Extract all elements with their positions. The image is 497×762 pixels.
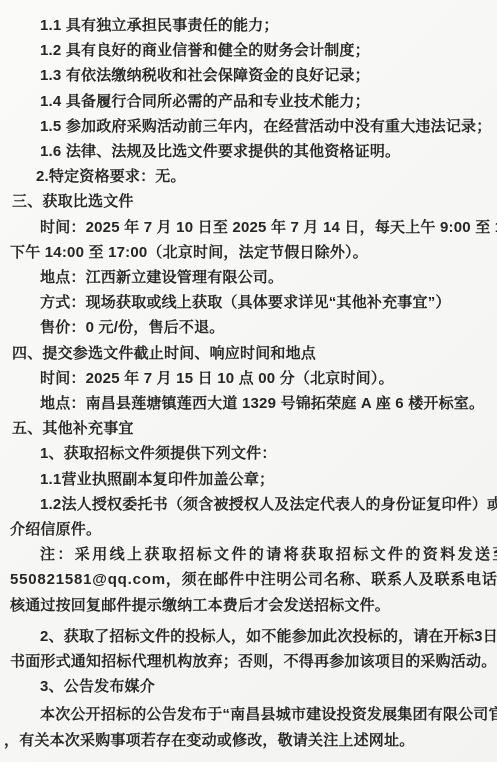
section-5-note-email-line: 550821581@qq.com，须在邮件中注明公司名称、联系人及联系电话,资料… — [10, 567, 487, 592]
section-5-note-line: 注：采用线上获取招标文件的请将获取招标文件的资料发送至 — [10, 542, 487, 567]
section-5-announcement-line: 本次公开招标的公告发布于“南昌县城市建设投资发展集团有限公司官网” — [10, 702, 487, 727]
section-5-item-1-2-cont: 介绍信原件。 — [10, 517, 487, 542]
section-3-heading: 三、获取比选文件 — [10, 189, 487, 214]
section-3-time-line: 时间：2025 年 7 月 10 日至 2025 年 7 月 14 日，每天上午… — [10, 215, 487, 240]
section-3-time-line-cont: 下午 14:00 至 17:00（北京时间，法定节假日除外）。 — [10, 240, 487, 265]
section-5-item-1-1: 1.1营业执照副本复印件加盖公章； — [10, 467, 487, 492]
qualification-item: 1.1 具有独立承担民事责任的能力； — [10, 13, 487, 38]
section-4-location-line: 地点：南昌县莲塘镇莲西大道 1329 号锦拓荣庭 A 座 6 楼开标室。 — [10, 391, 487, 416]
section-3-location-line: 地点：江西新立建设管理有限公司。 — [10, 265, 487, 290]
qualification-item: 1.6 法律、法规及比选文件要求提供的其他资格证明。 — [10, 139, 487, 164]
section-5-item-1-2: 1.2法人授权委托书（须含被授权人及法定代表人的身份证复印件）或单位 — [10, 492, 487, 517]
section-5-item-3: 3、公告发布媒介 — [10, 674, 487, 699]
section-5-heading: 五、其他补充事宜 — [10, 416, 487, 441]
qualification-item: 1.4 具备履行合同所必需的产品和专业技术能力； — [10, 89, 487, 114]
qualification-item: 1.3 有依法缴纳税收和社会保障资金的良好记录； — [10, 63, 487, 88]
qualification-item: 1.2 具有良好的商业信誉和健全的财务会计制度； — [10, 38, 487, 63]
section-5-item-1: 1、获取招标文件须提供下列文件： — [10, 441, 487, 466]
document-page: 1.1 具有独立承担民事责任的能力； 1.2 具有良好的商业信誉和健全的财务会计… — [0, 0, 497, 762]
specific-qualification-line: 2.特定资格要求：无。 — [10, 164, 487, 189]
section-4-time-line: 时间：2025 年 7 月 15 日 10 点 00 分（北京时间）。 — [10, 366, 487, 391]
qualification-item: 1.5 参加政府采购活动前三年内，在经营活动中没有重大违法记录； — [10, 114, 487, 139]
section-5-item-2-cont: 书面形式通知招标代理机构放弃；否则，不得再参加该项目的采购活动。 — [10, 649, 487, 674]
section-5-note-line-cont: 核通过按回复邮件提示缴纳工本费后才会发送招标文件。 — [10, 593, 487, 618]
section-3-price-line: 售价：0 元/份，售后不退。 — [10, 315, 487, 340]
section-5-item-2: 2、获取了招标文件的投标人，如不能参加此次投标的，请在开标3日前以 — [10, 624, 487, 649]
section-5-announcement-line-cont: ，有关本次采购事项若存在变动或修改，敬请关注上述网址。 — [4, 728, 487, 753]
section-4-heading: 四、提交参选文件截止时间、响应时间和地点 — [10, 341, 487, 366]
section-3-method-line: 方式：现场获取或线上获取（具体要求详见“其他补充事宜”） — [10, 290, 487, 315]
